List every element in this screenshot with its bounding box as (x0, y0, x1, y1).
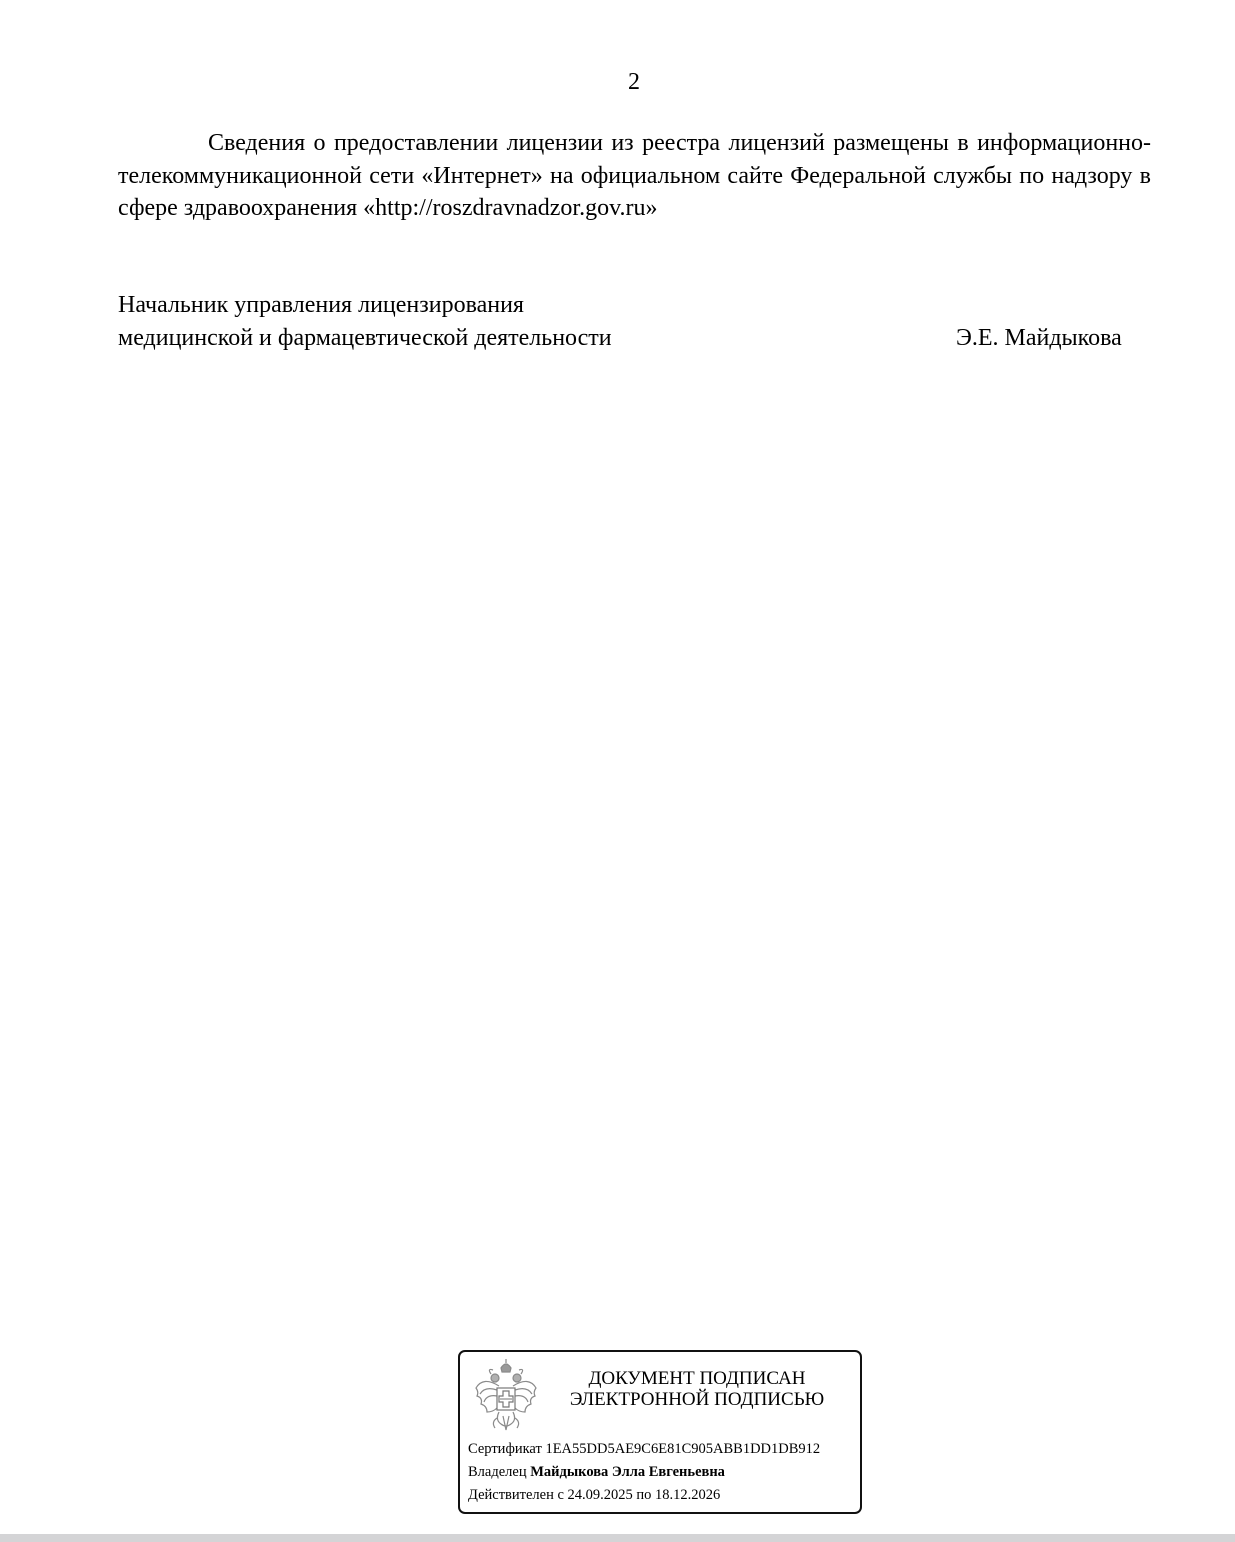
owner-line: Владелец Майдыкова Элла Евгеньевна (468, 1463, 725, 1481)
coat-of-arms-icon (473, 1358, 539, 1434)
page-number: 2 (0, 68, 1235, 96)
certificate-label: Сертификат (468, 1441, 542, 1457)
owner-value: Майдыкова Элла Евгеньевна (530, 1464, 725, 1480)
stamp-heading-line1: ДОКУМЕНТ ПОДПИСАН (556, 1368, 838, 1389)
stamp-heading-line2: ЭЛЕКТРОННОЙ ПОДПИСЬЮ (556, 1389, 838, 1410)
signatory-name: Э.Е. Майдыкова (956, 322, 1122, 355)
signatory-title-line2: медицинской и фармацевтической деятельно… (118, 322, 612, 355)
signatory-title-line1: Начальник управления лицензирования (118, 289, 612, 322)
owner-label: Владелец (468, 1464, 527, 1480)
certificate-line: Сертификат 1EA55DD5AE9C6E81C905ABB1DD1DB… (468, 1440, 820, 1458)
signatory-title: Начальник управления лицензирования меди… (118, 289, 612, 355)
certificate-value: 1EA55DD5AE9C6E81C905ABB1DD1DB912 (545, 1441, 820, 1457)
stamp-heading: ДОКУМЕНТ ПОДПИСАН ЭЛЕКТРОННОЙ ПОДПИСЬЮ (556, 1368, 838, 1410)
viewer-bottom-bar (0, 1534, 1235, 1542)
document-page: 2 Сведения о предоставлении лицензии из … (0, 0, 1235, 1534)
validity-line: Действителен с 24.09.2025 по 18.12.2026 (468, 1486, 720, 1504)
electronic-signature-stamp: ДОКУМЕНТ ПОДПИСАН ЭЛЕКТРОННОЙ ПОДПИСЬЮ С… (458, 1350, 862, 1514)
license-info-paragraph: Сведения о предоставлении лицензии из ре… (118, 127, 1151, 225)
